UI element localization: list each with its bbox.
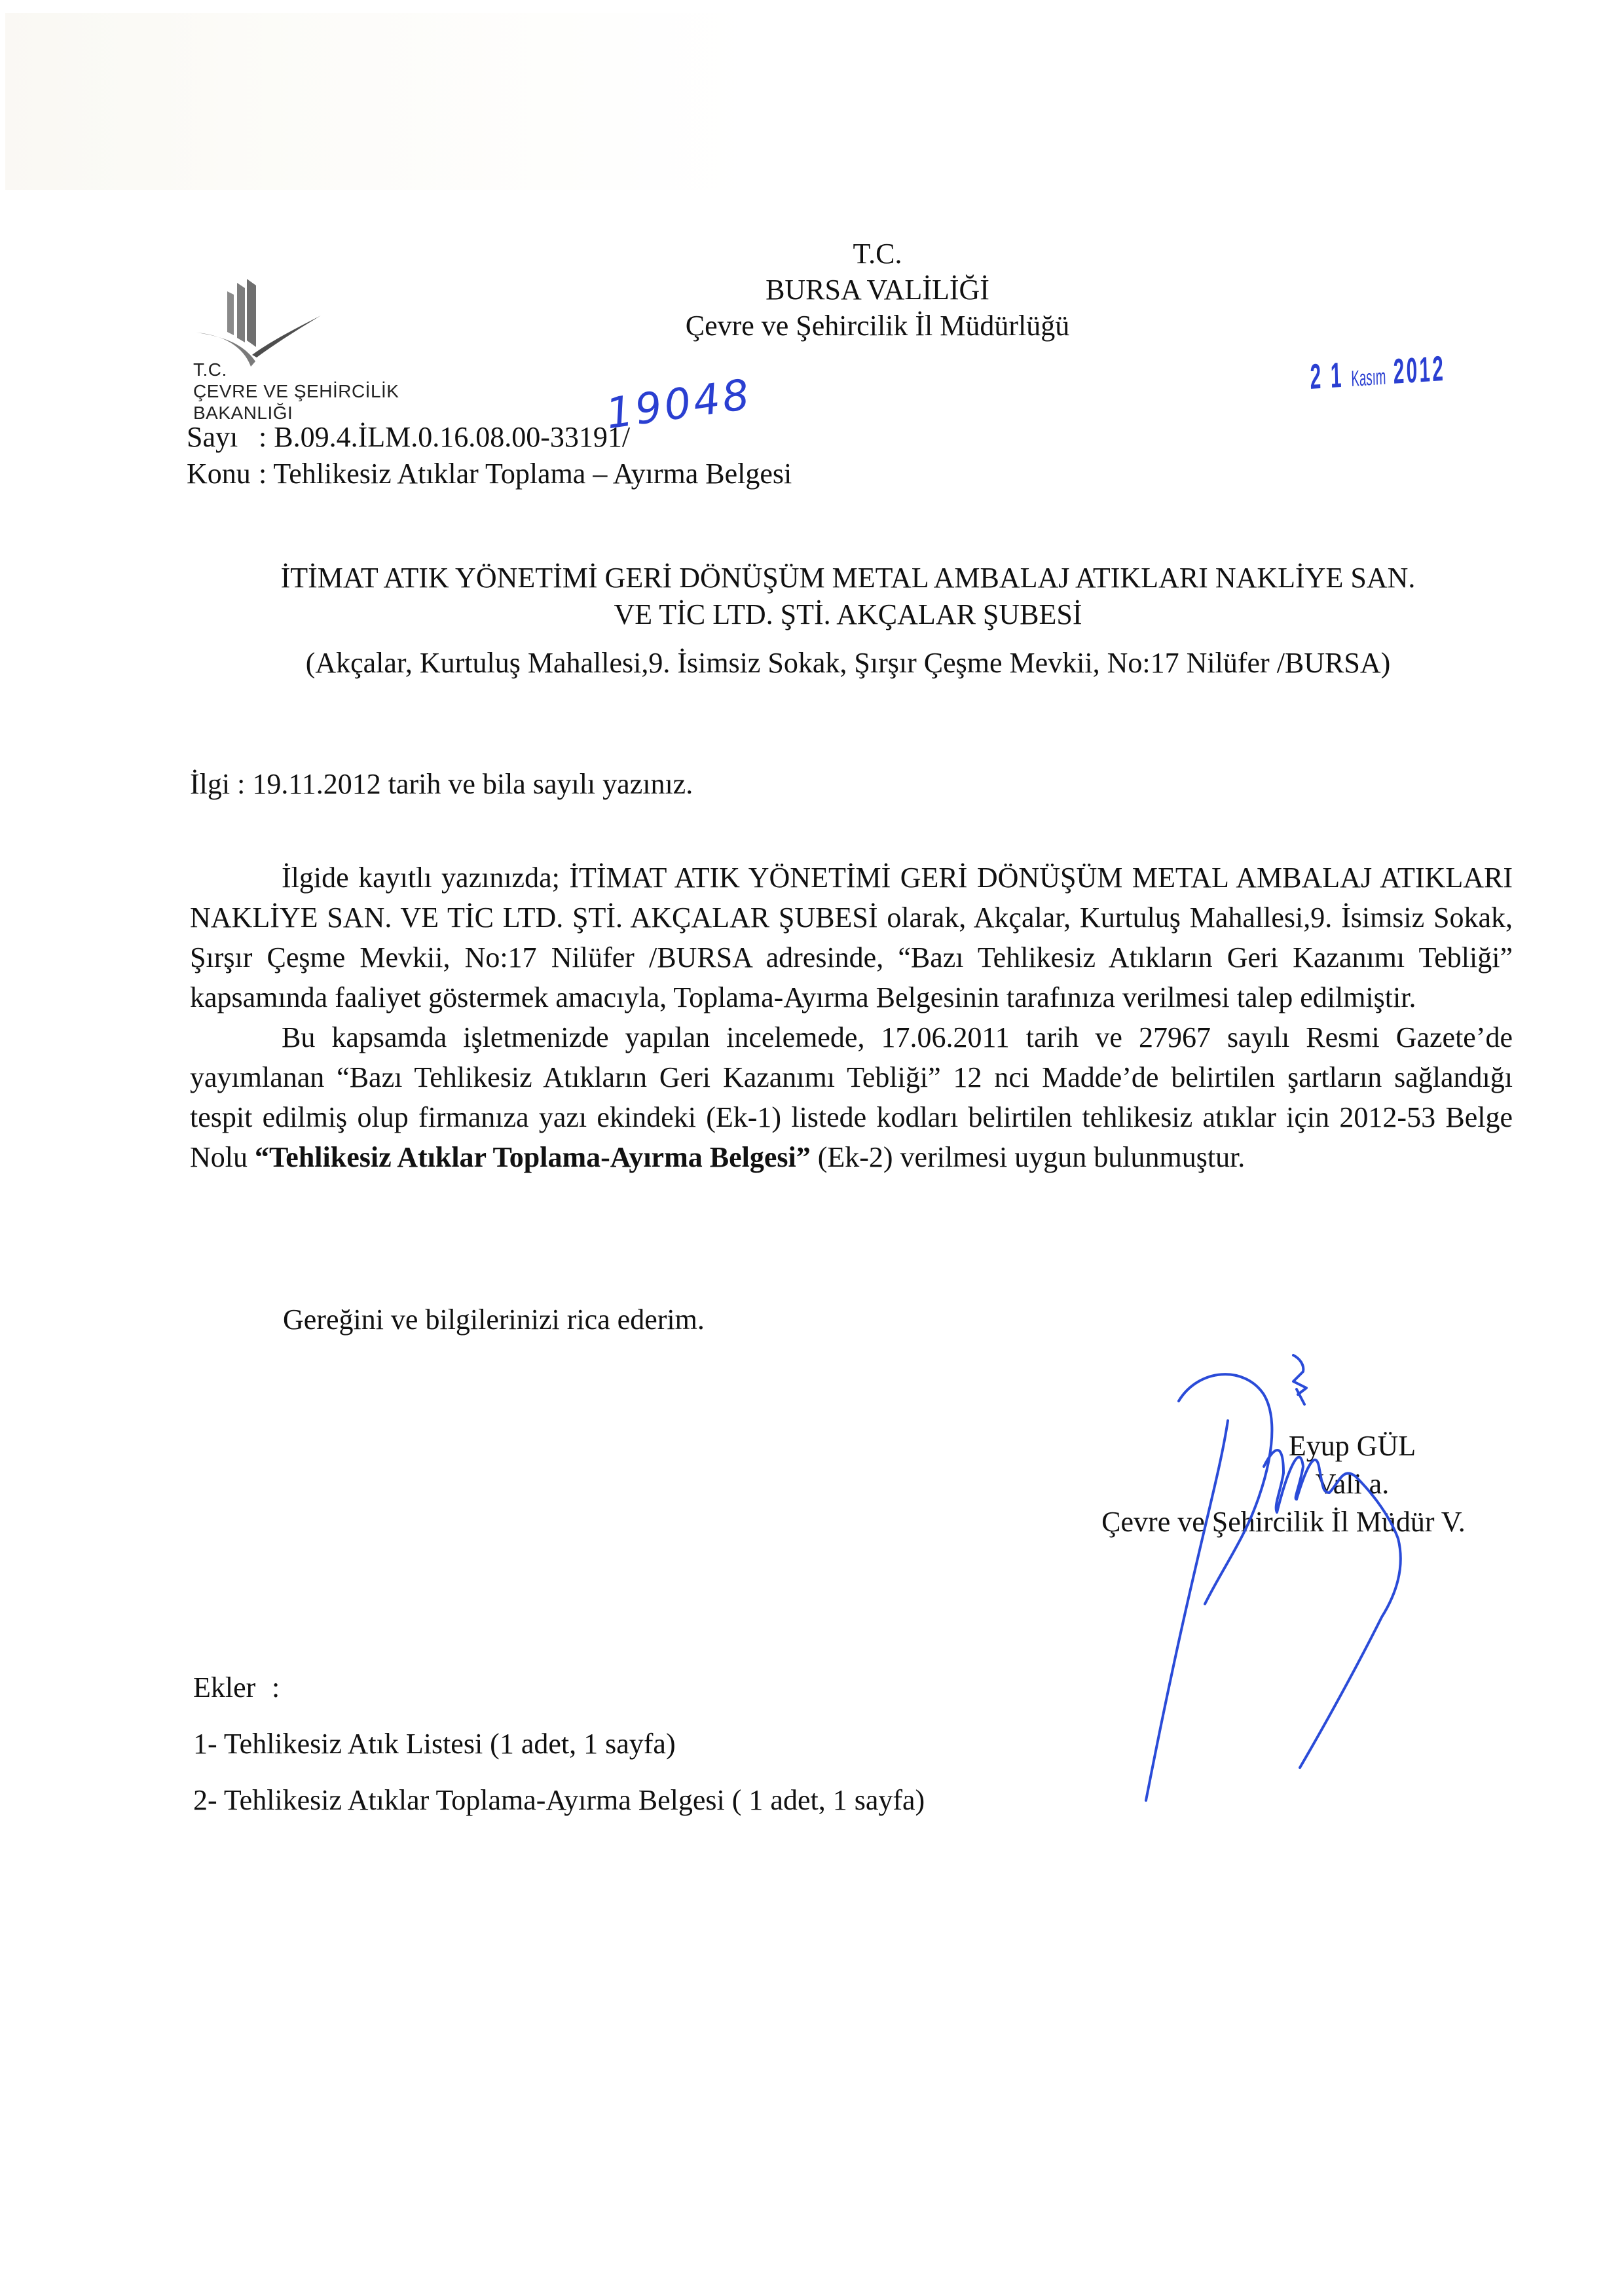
signatory-title-2: Çevre ve Şehircilik İl Müdür V.: [1041, 1503, 1526, 1541]
letter-body: İlgide kayıtlı yazınızda; İTİMAT ATIK YÖ…: [190, 858, 1513, 1177]
header-tc: T.C.: [609, 236, 1146, 272]
sayi-value: : B.09.4.İLM.0.16.08.00-33191/: [259, 419, 630, 456]
recipient-address: (Akçalar, Kurtuluş Mahallesi,9. İsimsiz …: [177, 645, 1519, 682]
handwritten-signature-icon: [1048, 1342, 1572, 1833]
recipient-line2: VE TİC LTD. ŞTİ. AKÇALAR ŞUBESİ: [177, 596, 1519, 633]
ministry-logo: T.C. ÇEVRE VE ŞEHİRCİLİK BAKANLIĞI: [167, 236, 442, 432]
stamp-day: 2 1: [1310, 355, 1344, 397]
konu-row: Konu : Tehlikesiz Atıklar Toplama – Ayır…: [187, 456, 792, 492]
reference-line: İlgi : 19.11.2012 tarih ve bila sayılı y…: [190, 767, 693, 801]
stamp-year: 2012: [1393, 349, 1445, 392]
body-paragraph-2: Bu kapsamda işletmenizde yapılan incelem…: [190, 1017, 1513, 1177]
scan-artifact: [5, 13, 758, 190]
attachments-title: Ekler: [193, 1660, 272, 1716]
sayi-label: Sayı: [187, 419, 259, 456]
recipient-line1: İTİMAT ATIK YÖNETİMİ GERİ DÖNÜŞÜM METAL …: [177, 560, 1519, 596]
letter-meta: 19048 Sayı : B.09.4.İLM.0.16.08.00-33191…: [187, 419, 792, 492]
recipient-block: İTİMAT ATIK YÖNETİMİ GERİ DÖNÜŞÜM METAL …: [177, 560, 1519, 682]
attachments-colon: :: [272, 1660, 280, 1716]
attachments: Ekler : 1- Tehlikesiz Atık Listesi (1 ad…: [193, 1660, 925, 1829]
date-stamp: 2 1 Kasım 2012: [1310, 348, 1446, 397]
paragraph2-text-b: (Ek-2) verilmesi uygun bulunmuştur.: [811, 1141, 1246, 1173]
letterhead: T.C. BURSA VALİLİĞİ Çevre ve Şehircilik …: [609, 236, 1146, 344]
header-governorship: BURSA VALİLİĞİ: [609, 272, 1146, 308]
attachment-item: 2- Tehlikesiz Atıklar Toplama-Ayırma Bel…: [193, 1772, 925, 1829]
konu-label: Konu: [187, 456, 259, 492]
logo-line-tc: T.C.: [193, 359, 399, 380]
signature-block: Eyup GÜL Vali a. Çevre ve Şehircilik İl …: [1041, 1427, 1526, 1541]
stamp-month: Kasım: [1351, 365, 1386, 392]
body-paragraph-1: İlgide kayıtlı yazınızda; İTİMAT ATIK YÖ…: [190, 858, 1513, 1017]
header-directorate: Çevre ve Şehircilik İl Müdürlüğü: [609, 308, 1146, 344]
konu-value: : Tehlikesiz Atıklar Toplama – Ayırma Be…: [259, 456, 792, 492]
ministry-logo-icon: [167, 236, 442, 367]
certificate-name: “Tehlikesiz Atıklar Toplama-Ayırma Belge…: [255, 1141, 811, 1173]
attachments-label: Ekler :: [193, 1660, 925, 1716]
attachment-item: 1- Tehlikesiz Atık Listesi (1 adet, 1 sa…: [193, 1716, 925, 1772]
logo-text: T.C. ÇEVRE VE ŞEHİRCİLİK BAKANLIĞI: [193, 359, 399, 424]
signatory-name: Eyup GÜL: [1041, 1427, 1526, 1465]
closing-line: Gereğini ve bilgilerinizi rica ederim.: [283, 1303, 705, 1336]
signatory-title-1: Vali a.: [1041, 1465, 1526, 1503]
logo-line-ministry: ÇEVRE VE ŞEHİRCİLİK: [193, 380, 399, 402]
